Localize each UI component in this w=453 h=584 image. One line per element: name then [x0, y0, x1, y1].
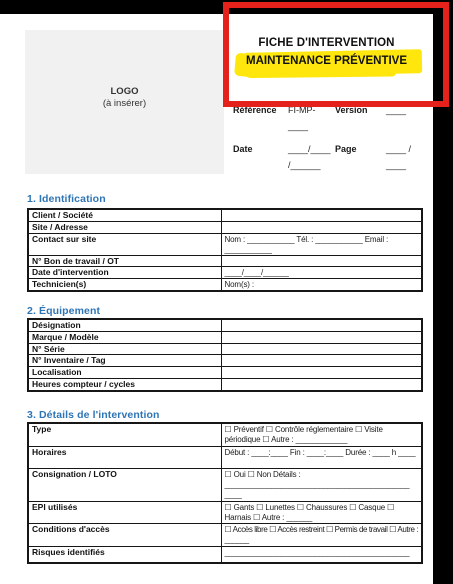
table-row: Contact sur site Nom : ___________ Tél. …	[28, 233, 422, 255]
row-value	[221, 319, 422, 331]
section-heading-identification: 1. Identification	[27, 193, 106, 205]
row-value: ☐ Oui ☐ Non Détails : __________________…	[221, 468, 422, 501]
row-value: Début : ____:____ Fin : ____:____ Durée …	[221, 446, 422, 468]
table-row: Localisation	[28, 367, 422, 379]
row-label: N° Bon de travail / OT	[28, 255, 221, 267]
table-row: Site / Adresse	[28, 221, 422, 233]
row-label: Désignation	[28, 319, 221, 331]
red-annotation-rectangle	[223, 2, 449, 107]
reference-label: Référence	[233, 103, 288, 134]
version-value: ____	[386, 103, 433, 134]
document-page: { "colors": { "annotation_red": "#e4211b…	[0, 0, 453, 584]
table-row: Technicien(s) Nom(s) :	[28, 279, 422, 292]
row-label: EPI utilisés	[28, 501, 221, 523]
table-row: Conditions d'accès ☐ Accès libre ☐ Accès…	[28, 523, 422, 546]
table-row: Désignation	[28, 319, 422, 331]
row-value	[221, 343, 422, 355]
row-value	[221, 378, 422, 390]
table-row: Horaires Début : ____:____ Fin : ____:__…	[28, 446, 422, 468]
table-row: N° Série	[28, 343, 422, 355]
identification-table: Client / Société Site / Adresse Contact …	[27, 208, 423, 292]
date-value: ____/____ /______	[288, 142, 335, 173]
section-heading-details: 3. Détails de l'intervention	[27, 409, 160, 421]
row-value: ____/____/______	[221, 267, 422, 279]
row-label: Technicien(s)	[28, 279, 221, 292]
logo-subtext: (à insérer)	[103, 98, 146, 110]
reference-value: FI-MP- ____	[288, 103, 335, 134]
row-value: ________________________________________…	[221, 546, 422, 563]
page-value: ____ / ____	[386, 142, 433, 173]
row-label: Heures compteur / cycles	[28, 378, 221, 390]
row-value: ☐ Accès libre ☐ Accès restreint ☐ Permis…	[221, 523, 422, 546]
version-label: Version	[335, 103, 386, 134]
row-value	[221, 331, 422, 343]
row-label: Date d'intervention	[28, 267, 221, 279]
row-label: Contact sur site	[28, 233, 221, 255]
date-label: Date	[233, 142, 288, 173]
section-heading-equipement: 2. Équipement	[27, 305, 100, 317]
row-value: ☐ Préventif ☐ Contrôle réglementaire ☐ V…	[221, 423, 422, 446]
row-value: Nom(s) :	[221, 279, 422, 292]
row-label: N° Série	[28, 343, 221, 355]
logo-text: LOGO	[111, 86, 139, 98]
table-row: Marque / Modèle	[28, 331, 422, 343]
table-row: Date d'intervention ____/____/______	[28, 267, 422, 279]
details-table: Type ☐ Préventif ☐ Contrôle réglementair…	[27, 422, 423, 564]
table-row: N° Inventaire / Tag	[28, 355, 422, 367]
row-label: N° Inventaire / Tag	[28, 355, 221, 367]
row-value: Nom : ___________ Tél. : ___________ Ema…	[221, 233, 422, 255]
row-label: Type	[28, 423, 221, 446]
row-label: Client / Société	[28, 209, 221, 221]
table-row: Type ☐ Préventif ☐ Contrôle réglementair…	[28, 423, 422, 446]
table-row: Client / Société	[28, 209, 422, 221]
equipement-table: Désignation Marque / Modèle N° Série N° …	[27, 318, 423, 392]
table-row: N° Bon de travail / OT	[28, 255, 422, 267]
document-meta-block: Référence FI-MP- ____ Version ____ Date …	[233, 103, 433, 173]
row-label: Consignation / LOTO	[28, 468, 221, 501]
row-label: Conditions d'accès	[28, 523, 221, 546]
row-value: ☐ Gants ☐ Lunettes ☐ Chaussures ☐ Casque…	[221, 501, 422, 523]
row-value	[221, 355, 422, 367]
row-value	[221, 209, 422, 221]
row-label: Marque / Modèle	[28, 331, 221, 343]
row-label: Risques identifiés	[28, 546, 221, 563]
logo-placeholder: LOGO (à insérer)	[25, 30, 224, 174]
row-label: Site / Adresse	[28, 221, 221, 233]
table-row: Consignation / LOTO ☐ Oui ☐ Non Détails …	[28, 468, 422, 501]
row-label: Localisation	[28, 367, 221, 379]
table-row: Risques identifiés _____________________…	[28, 546, 422, 563]
table-row: Heures compteur / cycles	[28, 378, 422, 390]
row-label: Horaires	[28, 446, 221, 468]
row-value	[221, 221, 422, 233]
table-row: EPI utilisés ☐ Gants ☐ Lunettes ☐ Chauss…	[28, 501, 422, 523]
row-value	[221, 255, 422, 267]
row-value	[221, 367, 422, 379]
page-label: Page	[335, 142, 386, 173]
